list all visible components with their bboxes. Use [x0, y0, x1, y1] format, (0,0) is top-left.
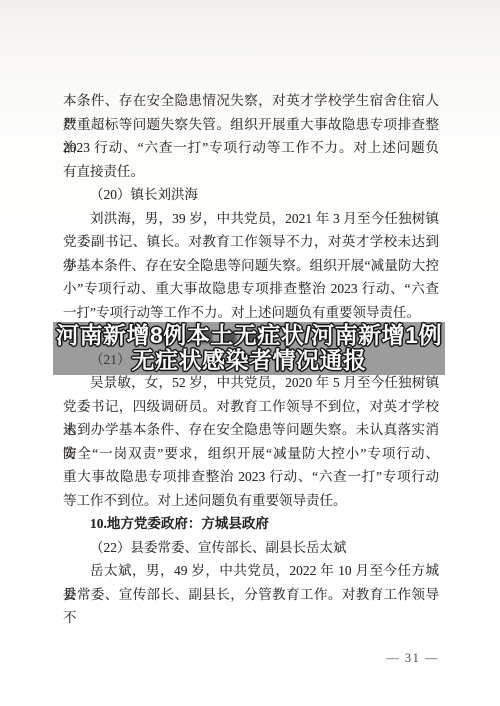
scanned-document-page: 本条件、存在安全隐患情况失察，对英才学校学生宿舍住宿人数严重超标等问题失察失管。…: [0, 0, 500, 706]
text-line: 党委副书记、镇长。对教育工作领导不力，对英才学校未达到办: [63, 230, 439, 254]
text-line: 学基本条件、存在安全隐患等问题失察。组织开展“减量防大控: [63, 254, 439, 278]
headline-overlay: 河南新增8例本土无症状/河南新增1例 无症状感染者情况通报: [53, 322, 445, 375]
text-line: 有直接责任。: [63, 160, 439, 184]
text-line: 严重超标等问题失察失管。组织开展重大事故隐患专项排查整治: [63, 113, 439, 137]
text-line: 小”专项行动、重大事故隐患专项排查整治 2023 行动、“六查: [63, 277, 439, 301]
text-line: 党委书记，四级调研员。对教育工作领导不到位，对英才学校未: [63, 395, 439, 419]
headline-line-1: 河南新增8例本土无症状/河南新增1例: [53, 323, 445, 348]
text-line: （20）镇长刘洪海: [63, 183, 439, 207]
text-line: 重大事故隐患专项排查整治 2023 行动、“六查一打”专项行动: [63, 465, 439, 489]
text-line: 岳太斌，男，49 岁，中共党员，2022 年 10 月至今任方城县: [63, 559, 439, 583]
text-line: 达到办学基本条件、存在安全隐患等问题失察。未认真落实消防: [63, 418, 439, 442]
text-line: 安全“一岗双责”要求，组织开展“减量防大控小”专项行动、: [63, 442, 439, 466]
text-line: 委常委、宣传部长、副县长，分管教育工作。对教育工作领导不: [63, 583, 439, 607]
text-line: （22）县委常委、宣传部长、副县长岳太斌: [63, 536, 439, 560]
headline-line-2: 无症状感染者情况通报: [53, 348, 445, 373]
text-line: 等工作不到位。对上述问题负有重要领导责任。: [63, 489, 439, 513]
page-number: — 31 —: [386, 651, 439, 666]
text-line: 一打”专项行动等工作不力。对上述问题负有重要领导责任。: [63, 301, 439, 325]
text-line: 10.地方党委政府：方城县政府: [63, 512, 439, 536]
text-line: 本条件、存在安全隐患情况失察，对英才学校学生宿舍住宿人数: [63, 89, 439, 113]
text-line: 刘洪海，男，39 岁，中共党员，2021 年 3 月至今任独树镇: [63, 207, 439, 231]
text-line: 2023 行动、“六查一打”专项行动等工作不力。对上述问题负: [63, 136, 439, 160]
